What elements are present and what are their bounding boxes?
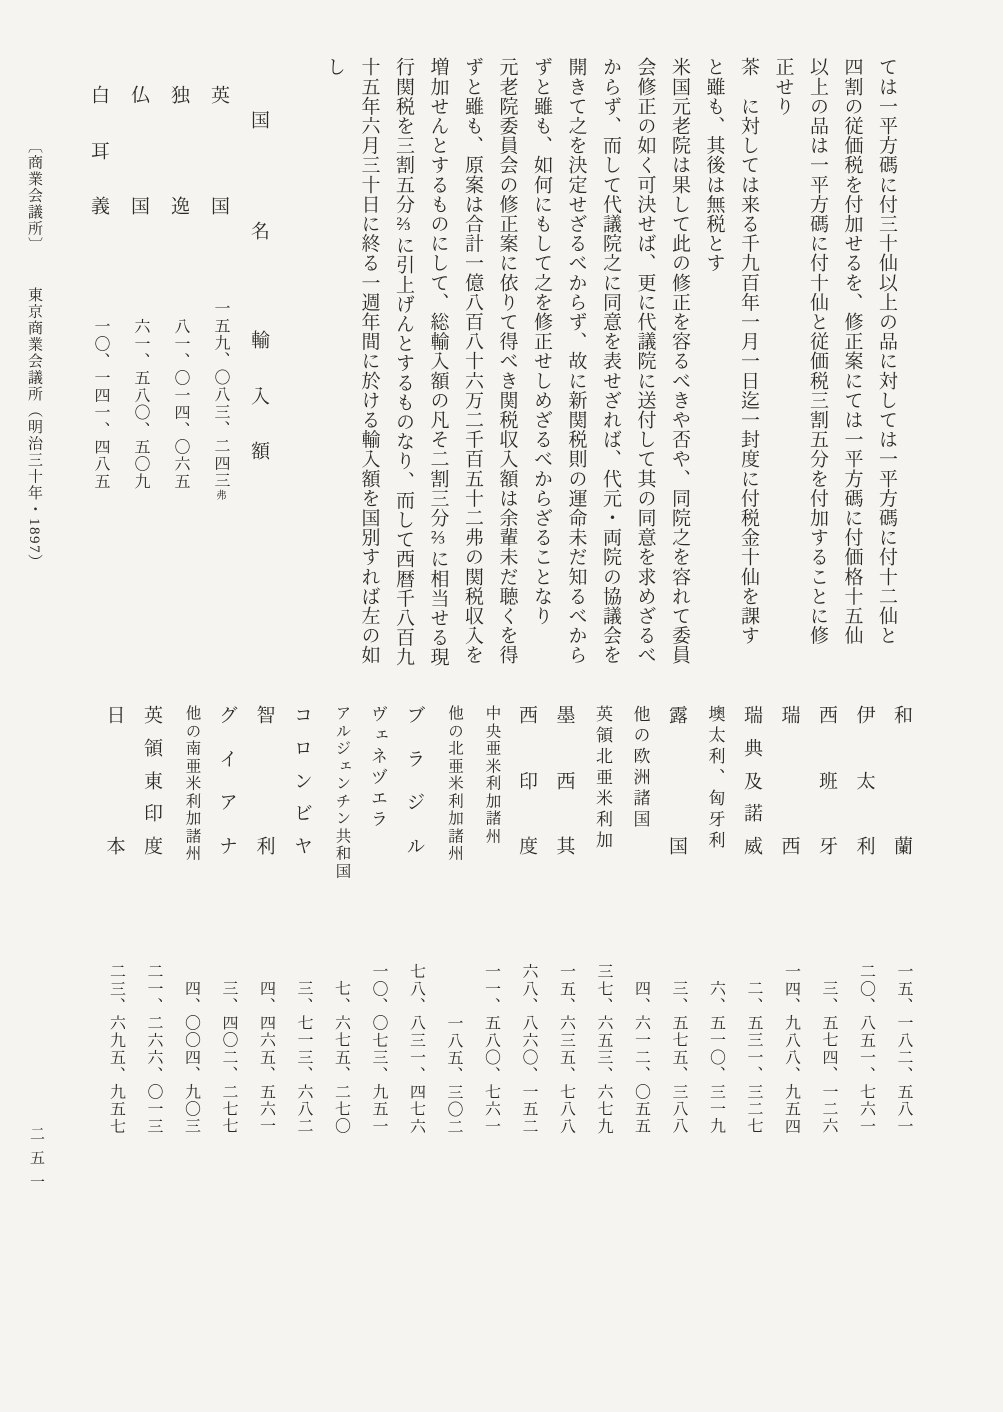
import-amount: 八一、〇一四、〇六五 <box>152 318 192 490</box>
country-column: 独逸 八一、〇一四、〇六五 <box>152 85 192 490</box>
country-name: グイアナ <box>203 705 241 855</box>
country-name: 独逸 <box>152 85 192 215</box>
country-name: 日本 <box>90 705 128 855</box>
header-amount-label: 輸入額 <box>232 330 272 460</box>
country-name: 英領東印度 <box>128 705 166 855</box>
country-name: ヴェネヅエラ <box>353 705 391 827</box>
country-name: 伊太利 <box>840 705 878 855</box>
country-column: 英領北亜米利加 三七、六五三、六七九 <box>578 705 616 1135</box>
country-column: 墺太利、匈牙利 六、五一〇、三一九 <box>690 705 728 1135</box>
import-amount: 一〇、〇七三、九五一 <box>353 963 391 1135</box>
country-column: 西印度 六八、八六〇、一五二 <box>503 705 541 1135</box>
country-name: 西印度 <box>503 705 541 855</box>
table-header-column: 国名 輸入額 <box>232 85 272 490</box>
text-line: 十五年六月三十日に終る一週年間に於ける輸入額を国別すれば左の如 <box>351 57 386 672</box>
country-column: ヴェネヅエラ 一〇、〇七三、九五一 <box>353 705 391 1135</box>
text-line: 米国元老院は果して此の修正を容るべきや否や、同院之を容れて委員 <box>662 57 697 672</box>
country-column: コロンビヤ 三、七一三、六八二 <box>278 705 316 1135</box>
import-amount: 三、五七四、一二六 <box>803 980 841 1135</box>
country-name: 白耳義 <box>72 85 112 215</box>
country-column: ブラジル 七八、八三一、四七六 <box>390 705 428 1135</box>
import-amount: 三、五七五、三八八 <box>653 980 691 1135</box>
country-column: 英国 一五九、〇八三、二四三弗 <box>192 85 232 490</box>
country-column: アルジェンチン共和国 七、六七五、二七〇 <box>315 705 353 1135</box>
margin-source-label: 〔商業会議所〕 東京商業会議所（明治三十年・1897） <box>24 138 45 618</box>
currency-unit: 弗 <box>215 489 226 500</box>
country-column: 他の北亜米利加諸州 一八五、三〇二 <box>428 705 466 1135</box>
import-amount: 一五、六三五、七八八 <box>540 963 578 1135</box>
country-name: 中央亜米利加諸州 <box>465 705 503 843</box>
country-name: 墺太利、匈牙利 <box>690 705 728 848</box>
import-amount: 六一、五八〇、五〇九 <box>112 318 152 490</box>
text-line: ては一平方碼に付三十仙以上の品に対しては一平方碼に付十二仙と <box>869 57 904 672</box>
country-name: 仏国 <box>112 85 152 215</box>
country-name: 瑞典及諾威 <box>728 705 766 855</box>
country-column: 瑞典及諾威 二、五三一、三二七 <box>728 705 766 1135</box>
import-amount: 二一、二六六、〇一三 <box>128 963 166 1135</box>
import-amount: 一〇、一四一、四八五 <box>72 318 112 490</box>
text-line: し <box>317 57 352 672</box>
country-column: 日本 二三、六九五、九五七 <box>90 705 128 1135</box>
book-page: ては一平方碼に付三十仙以上の品に対しては一平方碼に付十二仙と 四割の従価税を付加… <box>0 0 1003 1412</box>
country-name: ブラジル <box>390 705 428 855</box>
import-amount: 四、四六五、五六一 <box>240 980 278 1135</box>
country-column: 中央亜米利加諸州 一一、五八〇、七六一 <box>465 705 503 1135</box>
country-name: アルジェンチン共和国 <box>315 705 353 878</box>
country-column: グイアナ 三、四〇二、二七七 <box>203 705 241 1135</box>
country-name: 他の北亜米利加諸州 <box>428 705 466 861</box>
country-name: 英国 <box>192 85 232 215</box>
import-amount: 一五九、〇八三、二四三弗 <box>192 300 232 500</box>
margin-source-title: 東京商業会議所（明治三十年・1897） <box>26 287 42 571</box>
import-amount: 七、六七五、二七〇 <box>315 980 353 1135</box>
import-amount: 四、〇〇四、九〇三 <box>165 980 203 1135</box>
text-line: からず、而して代議院之に同意を表せざれば、代元・両院の協議会を <box>593 57 628 672</box>
country-column: 白耳義 一〇、一四一、四八五 <box>72 85 112 490</box>
country-column: 瑞西 一四、九八八、九五四 <box>765 705 803 1135</box>
import-amount: 七八、八三一、四七六 <box>390 963 428 1135</box>
country-column: 西班牙 三、五七四、一二六 <box>803 705 841 1135</box>
text-line: 茶 に対しては来る千九百年一月一日迄一封度に付税金十仙を課す <box>731 57 766 672</box>
country-column: 伊太利 二〇、八五一、七六一 <box>840 705 878 1135</box>
country-name: 和蘭 <box>878 705 916 855</box>
country-column: 墨西其 一五、六三五、七八八 <box>540 705 578 1135</box>
country-column: 和蘭 一五、一八二、五八一 <box>878 705 916 1135</box>
text-line: 元老院委員会の修正案に依りて得べき関税収入額は余輩未だ聴くを得 <box>489 57 524 672</box>
page-number: 二五一 <box>26 1126 47 1198</box>
header-country-label: 国名 <box>232 110 272 240</box>
import-amount: 一八五、三〇二 <box>428 1015 466 1135</box>
country-name: コロンビヤ <box>278 705 316 855</box>
import-amount: 三七、六五三、六七九 <box>578 963 616 1135</box>
text-line: ずと雖も、原案は合計一億八百八十六万二千百五十二弗の関税収入を <box>455 57 490 672</box>
import-amount: 一一、五八〇、七六一 <box>465 963 503 1135</box>
country-column: 智利 四、四六五、五六一 <box>240 705 278 1135</box>
text-line: 行関税を三割五分⅔に引上げんとするものなり、而して西暦千八百九 <box>386 57 421 672</box>
country-name: 露国 <box>653 705 691 855</box>
import-amount: 二〇、八五一、七六一 <box>840 963 878 1135</box>
country-column: 他の欧洲諸国 四、六一二、〇五五 <box>615 705 653 1135</box>
country-name: 墨西其 <box>540 705 578 855</box>
text-line: 増加せんとするものにして、総輸入額の凡そ二割三分⅔に相当せる現 <box>420 57 455 672</box>
country-name: 西班牙 <box>803 705 841 855</box>
country-name: 他の南亜米利加諸州 <box>165 705 203 861</box>
text-line: 開きて之を決定せざるべからず、故に新関税則の運命未だ知るべから <box>558 57 593 672</box>
import-amount: 二、五三一、三二七 <box>728 980 766 1135</box>
import-amount: 六、五一〇、三一九 <box>690 980 728 1135</box>
text-line: 四割の従価税を付加せるを、修正案にては一平方碼に付価格十五仙 <box>834 57 869 672</box>
import-amount: 一五、一八二、五八一 <box>878 963 916 1135</box>
import-table-top: 国名 輸入額 英国 一五九、〇八三、二四三弗 独逸 八一、〇一四、〇六五 仏国 … <box>72 85 272 490</box>
margin-category-label: 〔商業会議所〕 <box>26 138 42 254</box>
import-amount: 六八、八六〇、一五二 <box>503 963 541 1135</box>
import-amount: 三、七一三、六八二 <box>278 980 316 1135</box>
country-name: 瑞西 <box>765 705 803 855</box>
country-column: 英領東印度 二一、二六六、〇一三 <box>128 705 166 1135</box>
import-table-bottom: 和蘭 一五、一八二、五八一 伊太利 二〇、八五一、七六一 西班牙 三、五七四、一… <box>90 705 915 1135</box>
text-line: 正せり <box>765 57 800 672</box>
import-amount: 一四、九八八、九五四 <box>765 963 803 1135</box>
import-amount: 三、四〇二、二七七 <box>203 980 241 1135</box>
country-column: 他の南亜米利加諸州 四、〇〇四、九〇三 <box>165 705 203 1135</box>
country-name: 他の欧洲諸国 <box>615 705 653 827</box>
body-text-block: ては一平方碼に付三十仙以上の品に対しては一平方碼に付十二仙と 四割の従価税を付加… <box>317 57 904 672</box>
import-amount: 二三、六九五、九五七 <box>90 963 128 1135</box>
country-column: 仏国 六一、五八〇、五〇九 <box>112 85 152 490</box>
country-column: 露国 三、五七五、三八八 <box>653 705 691 1135</box>
country-name: 英領北亜米利加 <box>578 705 616 848</box>
text-line: と雖も、其後は無税とす <box>696 57 731 672</box>
text-line: ずと雖も、如何にもして之を修正せしめざるべからざることなり <box>524 57 559 672</box>
import-amount: 四、六一二、〇五五 <box>615 980 653 1135</box>
country-name: 智利 <box>240 705 278 855</box>
text-line: 会修正の如く可決せば、更に代議院に送付して其の同意を求めざるべ <box>627 57 662 672</box>
text-line: 以上の品は一平方碼に付十仙と従価税三割五分を付加することに修 <box>800 57 835 672</box>
